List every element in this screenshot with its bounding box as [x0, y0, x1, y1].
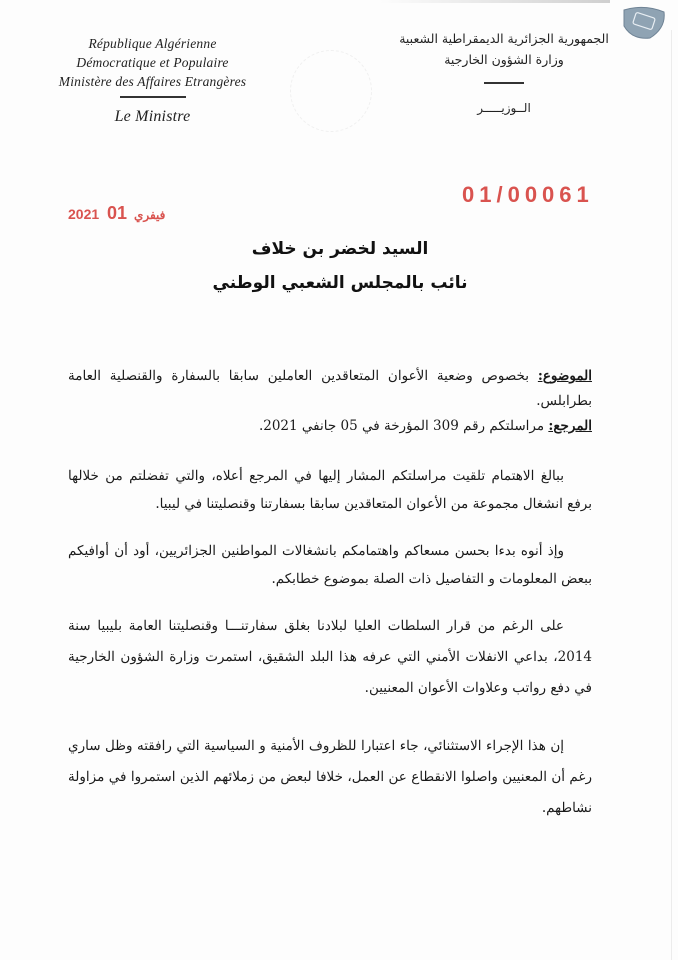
letterhead-democratic: Démocratique et Populaire — [40, 53, 265, 72]
reference-label: المرجع: — [548, 418, 592, 434]
page-edge-shadow — [671, 30, 672, 960]
recipient-title: نائب بالمجلس الشعبي الوطني — [170, 266, 510, 300]
date-month: فيفري — [134, 208, 165, 222]
letterhead-republic: République Algérienne — [40, 34, 265, 53]
divider — [484, 82, 524, 84]
reference-number: 01/00061 — [462, 182, 594, 208]
letterhead-minister: Le Ministre — [40, 107, 265, 126]
subject-text: بخصوص وضعية الأعوان المتعاقدين العاملين … — [68, 368, 592, 409]
reference-text: مراسلتكم رقم 309 المؤرخة في 05 جانفي 202… — [259, 418, 548, 434]
recipient-name: السيد لخضر بن خلاف — [170, 232, 510, 266]
letterhead-republic-ar: الجمهورية الجزائرية الديمقراطية الشعبية — [398, 28, 610, 49]
subject-block: الموضوع: بخصوص وضعية الأعوان المتعاقدين … — [68, 364, 592, 439]
page-edge-shadow — [380, 0, 610, 3]
date-day: 01 — [107, 203, 127, 223]
date-year: 2021 — [68, 206, 99, 222]
recipient-block: السيد لخضر بن خلاف نائب بالمجلس الشعبي ا… — [170, 232, 510, 300]
date-stamp: 2021 فيفري 01 — [68, 203, 168, 224]
subject-label: الموضوع: — [538, 368, 592, 384]
emblem-watermark — [290, 50, 372, 132]
badge-icon — [620, 6, 668, 40]
body-paragraph: على الرغم من قرار السلطات العليا لبلادنا… — [68, 611, 592, 704]
letterhead-ministry: Ministère des Affaires Etrangères — [40, 72, 265, 91]
letterhead-minister-ar: الــوزيـــــر — [398, 98, 610, 119]
body-paragraph: وإذ أنوه بدءا بحسن مسعاكم واهتمامكم بانش… — [68, 537, 592, 593]
letterhead-ministry-ar: وزارة الشؤون الخارجية — [398, 49, 610, 70]
subject-line: الموضوع: بخصوص وضعية الأعوان المتعاقدين … — [68, 364, 592, 414]
arabic-letterhead: الجمهورية الجزائرية الديمقراطية الشعبية … — [398, 28, 610, 119]
french-letterhead: République Algérienne Démocratique et Po… — [40, 34, 265, 126]
reference-line: المرجع: مراسلتكم رقم 309 المؤرخة في 05 ج… — [68, 414, 592, 439]
body-paragraph: ببالغ الاهتمام تلقيت مراسلتكم المشار إلي… — [68, 462, 592, 518]
body-paragraph: إن هذا الإجراء الاستثنائي، جاء اعتبارا ل… — [68, 731, 592, 824]
divider — [120, 96, 186, 98]
letter-page: République Algérienne Démocratique et Po… — [0, 0, 678, 960]
